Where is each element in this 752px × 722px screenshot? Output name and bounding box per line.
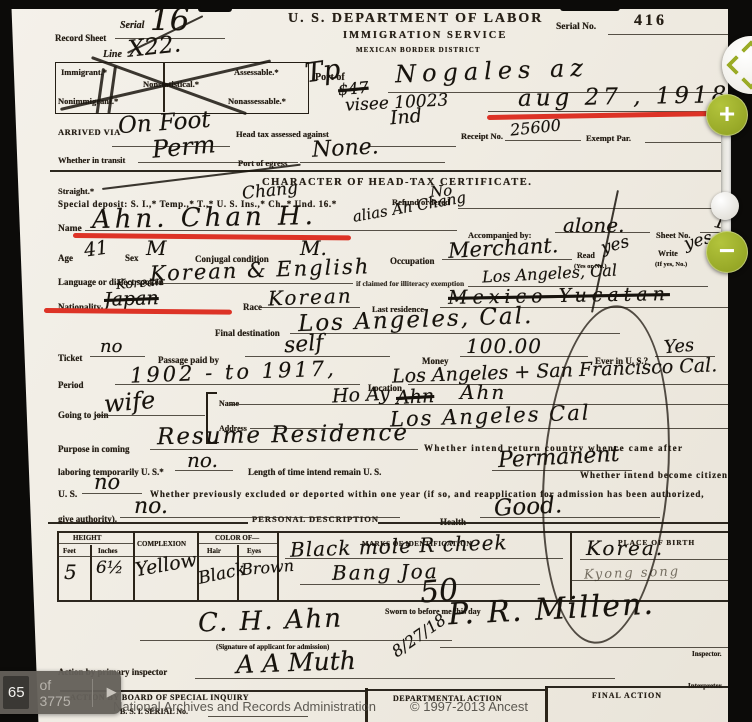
- section-rule-1: [50, 170, 745, 172]
- line-value: X22.: [127, 31, 182, 62]
- zoom-in-button[interactable]: +: [706, 94, 748, 136]
- serial-no-rule: [608, 34, 733, 35]
- pager-divider: [92, 679, 93, 707]
- refund-rule: [458, 208, 738, 209]
- table-line-2: [90, 545, 92, 600]
- pd-rule-left: [48, 522, 248, 524]
- receipt-rule: [505, 140, 581, 141]
- height-subrule: [57, 543, 133, 544]
- pan-down-icon[interactable]: [741, 70, 752, 90]
- read-label: Read: [577, 251, 595, 260]
- col-feet: Feet: [63, 547, 76, 555]
- remain-label: Length of time intend remain U. S.: [248, 467, 381, 477]
- date-value: aug 27 , 1918: [518, 82, 731, 112]
- purpose-value: Resume Residence: [157, 420, 409, 450]
- name-rule: [85, 230, 457, 231]
- page-total-label: of 3775: [39, 677, 79, 709]
- ticket-label: Ticket: [58, 353, 82, 363]
- pd-title: PERSONAL DESCRIPTION: [252, 514, 379, 524]
- line-label: Line: [103, 49, 122, 60]
- final-action-title: FINAL ACTION: [592, 691, 662, 700]
- headtax-rule: [368, 146, 456, 147]
- service-title: IMMIGRATION SERVICE: [343, 30, 507, 41]
- feet-value: 5: [64, 560, 77, 584]
- dept-title: U. S. DEPARTMENT OF LABOR: [288, 11, 543, 27]
- scan-blotch-2: [560, 5, 620, 11]
- col-hair: Hair: [207, 547, 221, 555]
- us-label: U. S.: [58, 490, 77, 500]
- join-rule: [95, 415, 205, 416]
- egress-rule: [300, 162, 445, 163]
- period-label: Period: [58, 380, 84, 390]
- eyes-value: Brown: [240, 556, 295, 580]
- transit-value: Perm: [151, 130, 217, 163]
- egress-value: None.: [311, 134, 379, 162]
- sex-value: M: [146, 236, 166, 260]
- us-rule: [82, 493, 142, 494]
- transit-label: Whether in transit: [58, 155, 125, 165]
- inches-value: 6½: [96, 558, 123, 578]
- arrived-label: ARRIVED VIA: [58, 127, 121, 137]
- ticket-value: no: [100, 336, 122, 357]
- straight-label: Straight.*: [58, 186, 94, 196]
- annotation-underline-nationality: [44, 308, 232, 315]
- passage-value: self: [283, 331, 324, 359]
- age-label: Age: [58, 253, 73, 263]
- inspector-rule: [440, 647, 740, 648]
- district-title: MEXICAN BORDER DISTRICT: [356, 46, 481, 54]
- write-label: Write: [658, 249, 678, 258]
- col-inches: Inches: [98, 547, 117, 555]
- sworn-date: 8/27/18: [388, 610, 449, 661]
- name-alias: alias Ah Chang: [351, 188, 467, 226]
- finaldest-rule: [290, 333, 620, 334]
- age-value: 41: [83, 236, 110, 261]
- port-value: Nogales az: [395, 54, 590, 89]
- tp-note: Tp: [303, 54, 342, 90]
- page-number-input[interactable]: 65: [3, 676, 29, 709]
- laboring-rule: [175, 470, 233, 471]
- purpose-label: Purpose in coming: [58, 444, 130, 454]
- copyright-text: © 1997-2013 Ancest: [410, 699, 528, 714]
- authority-value: no.: [134, 494, 168, 519]
- inspector-caption: Inspector.: [692, 650, 722, 658]
- pan-up-icon[interactable]: [741, 40, 752, 60]
- image-pager[interactable]: 65 of 3775 ▶: [0, 671, 121, 714]
- cert-title: CHARACTER OF HEAD-TAX CERTIFICATE.: [262, 177, 532, 188]
- serial-no-value: 416: [634, 12, 667, 30]
- nonassessable-label: Nonassessable.*: [228, 96, 286, 106]
- occupation-rule: [442, 259, 572, 260]
- join-value: wife: [103, 386, 157, 418]
- archive-credit: National Archives and Records Administra…: [113, 699, 376, 714]
- table-line-1: [57, 531, 59, 600]
- accompanied-rule: [555, 232, 650, 233]
- us-value: no: [94, 470, 120, 494]
- action-signature: A A Muth: [236, 646, 357, 679]
- exempt-label: Exempt Par.: [586, 133, 631, 143]
- action-rule: [195, 678, 615, 679]
- headtax-value: Ind: [389, 105, 423, 130]
- sex-label: Sex: [125, 253, 139, 263]
- color-subrule: [197, 543, 277, 544]
- occupation-label: Occupation: [390, 256, 435, 266]
- applicant-signature: C. H. Ahn: [198, 603, 344, 638]
- dept-action-top-rule: [365, 689, 545, 691]
- receipt-label: Receipt No.: [461, 131, 503, 141]
- scan-edge-top: [0, 0, 752, 9]
- zoom-slider-thumb[interactable]: [711, 192, 739, 220]
- period-rule: [115, 384, 360, 385]
- bottom-divider-2: [545, 686, 548, 722]
- receipt-value: 25600: [509, 115, 562, 139]
- bsi-serial-rule: [208, 716, 308, 717]
- write-note: (If yes, No.): [655, 261, 687, 268]
- zoom-out-button[interactable]: −: [706, 231, 748, 273]
- col-height: HEIGHT: [73, 534, 101, 542]
- language-value: Korean & English: [150, 254, 371, 286]
- pan-left-icon[interactable]: [726, 55, 746, 75]
- complexion-value: Yellow: [134, 549, 199, 581]
- record-sheet-label: Record Sheet: [55, 33, 106, 43]
- scanned-document: Serial 16 Record Sheet Line X22. U. S. D…: [0, 0, 752, 722]
- col-color-of: COLOR OF—: [215, 534, 259, 542]
- race-rule: [260, 307, 360, 308]
- scan-blotch-1: [198, 6, 232, 12]
- next-image-button[interactable]: ▶: [102, 685, 121, 700]
- col-complexion: COMPLEXION: [137, 540, 186, 548]
- serial-label: Serial: [120, 20, 144, 31]
- col-eyes: Eyes: [247, 547, 261, 555]
- join-name-value2: Ahn: [460, 380, 506, 404]
- laboring-value: no.: [187, 448, 218, 472]
- final-action-top-rule: [545, 686, 740, 688]
- credit-bar: National Archives and Records Administra…: [113, 699, 528, 714]
- serial-no-label: Serial No.: [556, 22, 596, 32]
- ticket-rule: [90, 356, 145, 357]
- money-value: 100.00: [466, 334, 542, 358]
- finaldest-label: Final destination: [215, 328, 280, 338]
